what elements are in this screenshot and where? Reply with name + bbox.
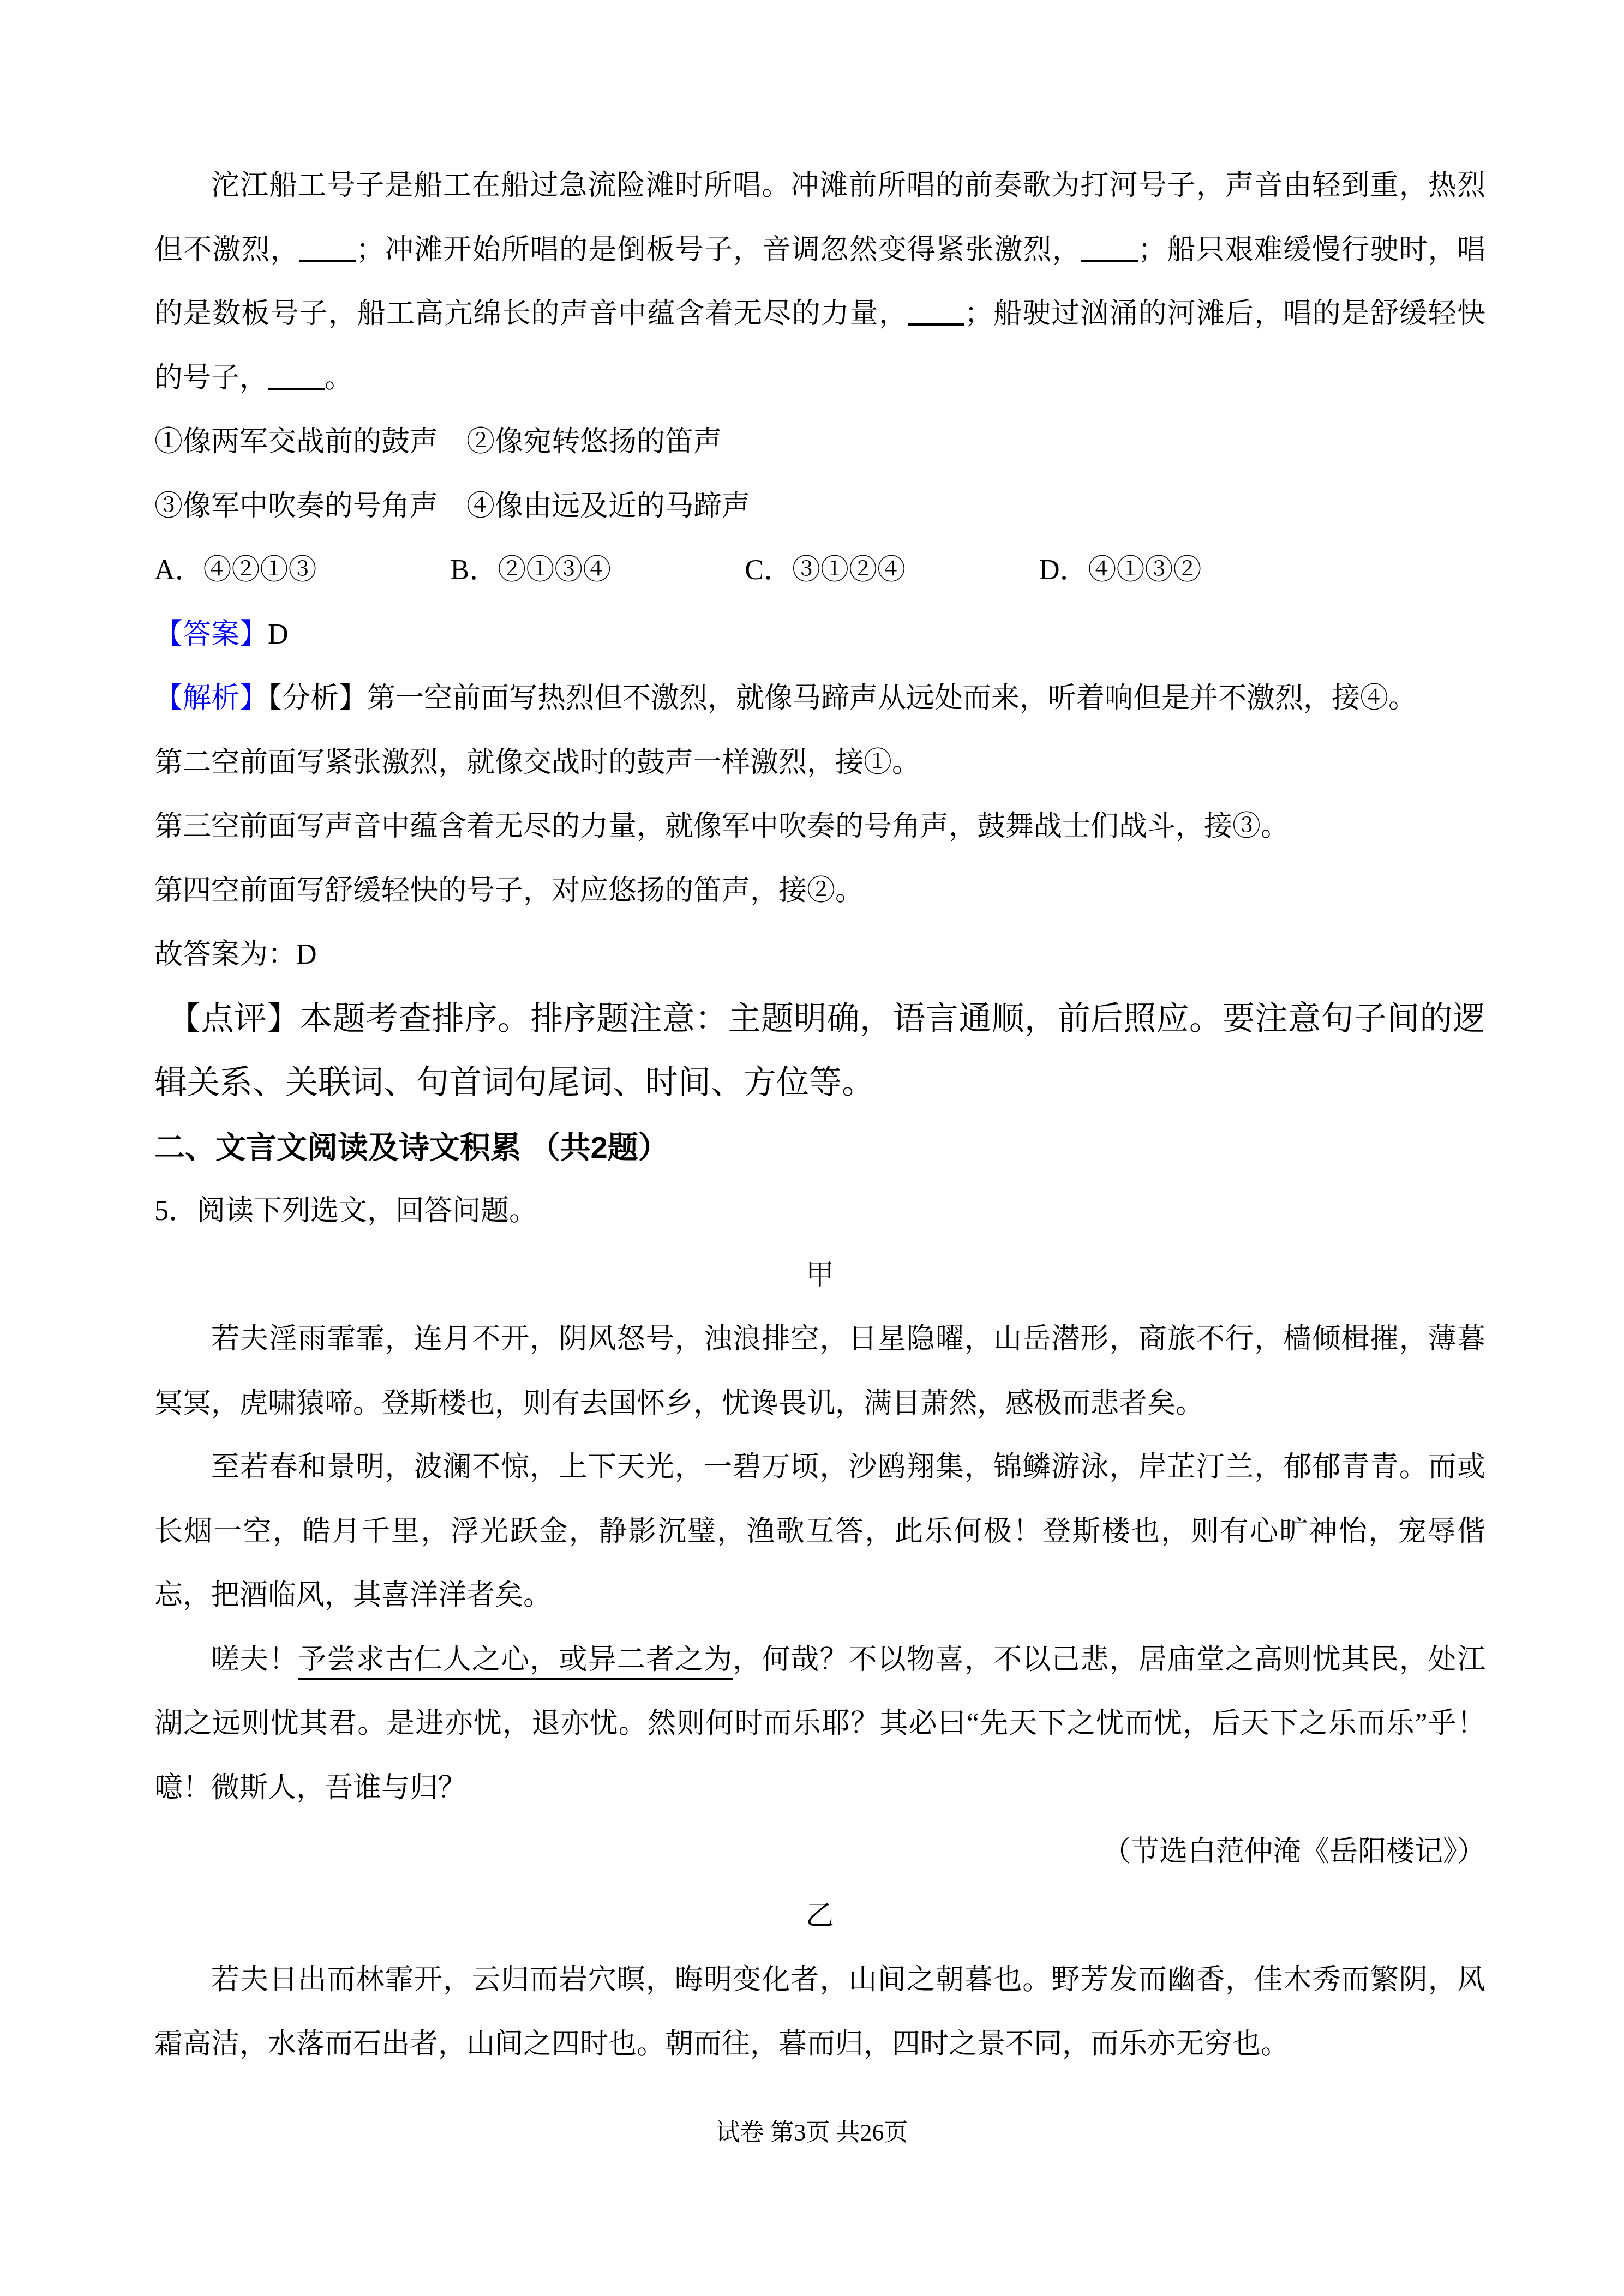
yi-paragraph-1: 若夫日出而林霏开，云归而岩穴暝，晦明变化者，山间之朝暮也。野芳发而幽香，佳木秀而… xyxy=(154,1948,1485,2076)
analysis-subtag: 【分析】 xyxy=(268,683,367,714)
option-c: C．③①②④ xyxy=(745,555,906,586)
analysis-line-4: 第四空前面写舒缓轻快的号子，对应悠扬的笛声，接②。 xyxy=(154,859,1485,923)
passage-yi-label: 乙 xyxy=(154,1884,1485,1949)
passage-paragraph: 沱江船工号子是船工在船过急流险滩时所唱。冲滩前所唱的前奏歌为打河号子，声音由轻到… xyxy=(154,154,1485,410)
option-a: A．④②①③ xyxy=(154,555,317,586)
analysis-conclusion: 故答案为：D xyxy=(154,923,1485,987)
fill-in-blank-3 xyxy=(908,295,964,326)
fill-in-blank-2 xyxy=(1081,231,1138,262)
sentence-item-2: ③像军中吹奏的号角声 ④像由远及近的马蹄声 xyxy=(154,474,1485,539)
comment-tag: 【点评】 xyxy=(168,1001,300,1037)
choice-options-row: A．④②①③B．②①③④C．③①②④D．④①③② xyxy=(154,538,1485,603)
option-d: D．④①③② xyxy=(1039,555,1202,586)
sentence-item-1: ①像两军交战前的鼓声 ②像宛转悠扬的笛声 xyxy=(154,410,1485,474)
analysis-tag: 【解析】 xyxy=(154,683,268,714)
jia-p3-lead: 嗟夫！ xyxy=(211,1644,298,1675)
comment-paragraph: 【点评】本题考查排序。排序题注意：主题明确，语言通顺，前后照应。要注意句子间的逻… xyxy=(154,987,1485,1115)
passage-jia-label: 甲 xyxy=(154,1243,1485,1308)
jia-paragraph-3: 嗟夫！予尝求古仁人之心，或异二者之为，何哉？不以物喜，不以己悲，居庙堂之高则忧其… xyxy=(154,1628,1485,1820)
fill-in-blank-4 xyxy=(268,359,325,390)
jia-source-attribution: （节选白范仲淹《岳阳楼记》） xyxy=(154,1820,1485,1884)
fill-in-blank-1 xyxy=(299,231,356,262)
exam-paper-page: 沱江船工号子是船工在船过急流险滩时所唱。冲滩前所唱的前奏歌为打河号子，声音由轻到… xyxy=(0,0,1624,2296)
option-b: B．②①③④ xyxy=(451,555,612,586)
comment-text: 本题考查排序。排序题注意：主题明确，语言通顺，前后照应。要注意句子间的逻辑关系、… xyxy=(154,1001,1485,1101)
jia-paragraph-1: 若夫淫雨霏霏，连月不开，阴风怒号，浊浪排空，日星隐曜，山岳潜形，商旅不行，樯倾楫… xyxy=(154,1307,1485,1435)
page-footer: 试卷 第3页 共26页 xyxy=(0,2117,1624,2149)
answer-value: D xyxy=(268,619,289,650)
answer-line: 【答案】D xyxy=(154,603,1485,667)
analysis-line-2: 第二空前面写紧张激烈，就像交战时的鼓声一样激烈，接①。 xyxy=(154,731,1485,795)
section-heading: 二、文言文阅读及诗文积累 （共2题） xyxy=(154,1115,1485,1180)
jia-p3-underlined-clause: 予尝求古仁人之心，或异二者之为 xyxy=(298,1644,733,1680)
passage-segment-5: 。 xyxy=(325,363,353,394)
analysis-line-1: 【解析】【分析】第一空前面写热烈但不激烈，就像马蹄声从远处而来，听着响但是并不激… xyxy=(154,666,1485,731)
analysis-line-3: 第三空前面写声音中蕴含着无尽的力量，就像军中吹奏的号角声，鼓舞战士们战斗，接③。 xyxy=(154,795,1485,859)
page-body: 沱江船工号子是船工在船过急流险滩时所唱。冲滩前所唱的前奏歌为打河号子，声音由轻到… xyxy=(154,154,1485,2076)
passage-segment-2: ；冲滩开始所唱的是倒板号子，音调忽然变得紧张激烈， xyxy=(356,235,1081,266)
question-5-stem: 5．阅读下列选文，回答问题。 xyxy=(154,1179,1485,1243)
jia-paragraph-2: 至若春和景明，波澜不惊，上下天光，一碧万顷，沙鸥翔集，锦鳞游泳，岸芷汀兰，郁郁青… xyxy=(154,1435,1485,1628)
analysis-text-1: 第一空前面写热烈但不激烈，就像马蹄声从远处而来，听着响但是并不激烈，接④。 xyxy=(367,683,1417,714)
answer-tag: 【答案】 xyxy=(154,619,268,650)
